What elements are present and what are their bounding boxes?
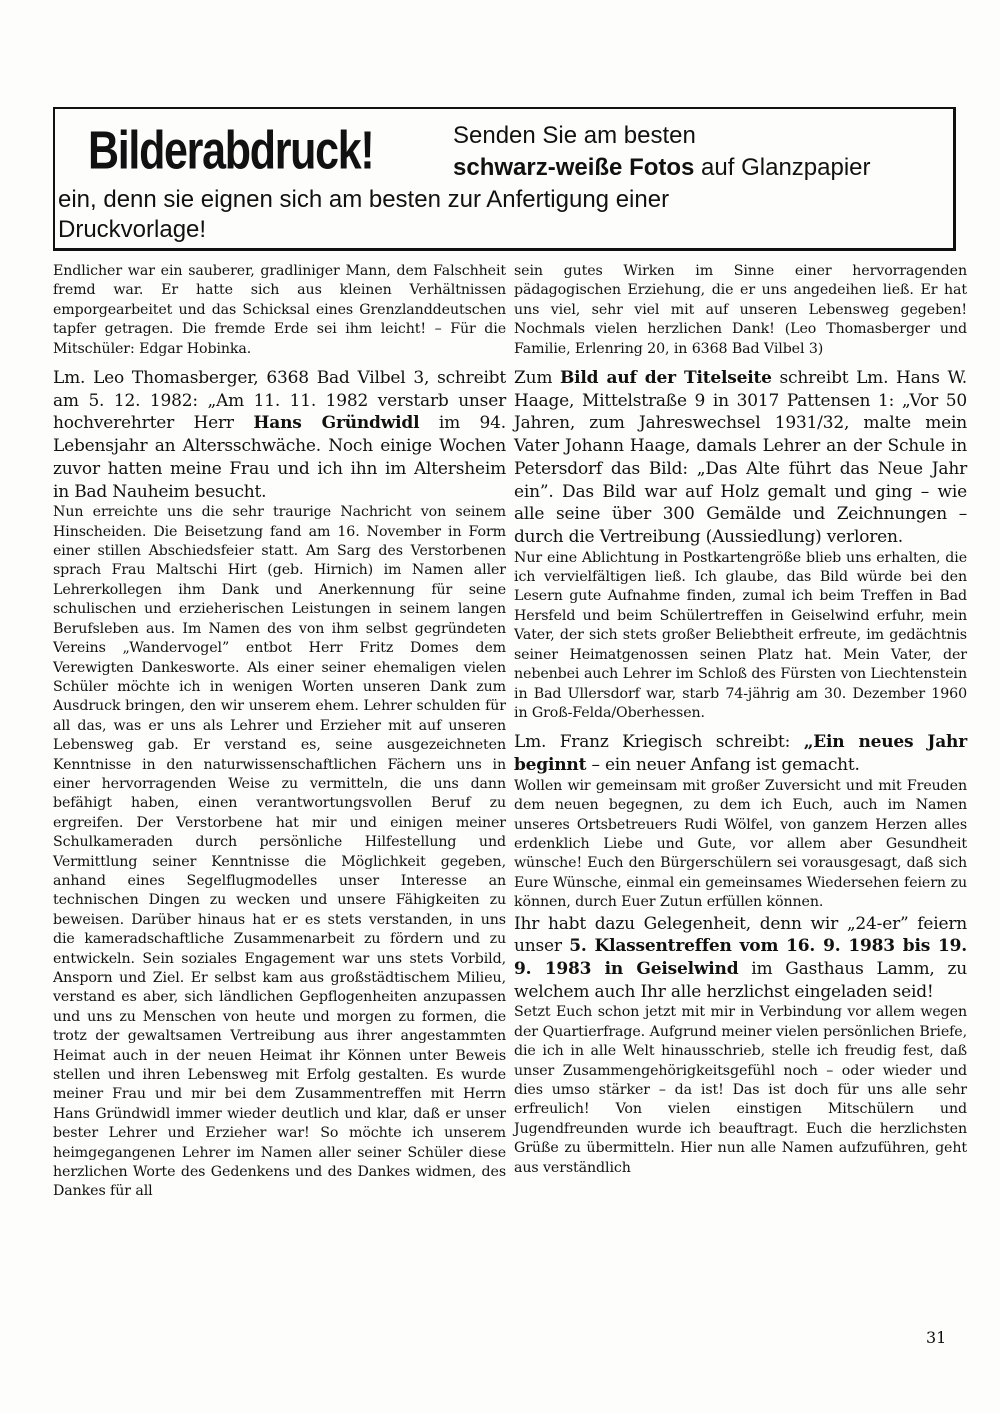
photo-submission-notice: Bilderabdruck! Senden Sie am besten schw… [53,107,956,251]
paragraph: Nun erreichte uns die sehr traurige Nach… [53,503,506,1202]
emphasis: Bild auf der Titelseite [560,368,772,388]
paragraph: Lm. Franz Kriegisch schreibt: „Ein neues… [514,731,967,776]
notice-line: ein, denn sie eignen sich am besten zur … [58,185,669,214]
notice-line: schwarz-weiße Fotos auf Glanzpapier [453,153,871,182]
right-column: sein gutes Wirken im Sinne einer hervorr… [514,262,967,1178]
paragraph: Endlicher war ein sauberer, gradliniger … [53,262,506,359]
text: – ein neuer Anfang ist gemacht. [586,755,860,775]
paragraph: Ihr habt dazu Gelegenheit, denn wir „24-… [514,913,967,1004]
page-number: 31 [926,1328,946,1347]
notice-title: Bilderabdruck! [88,123,373,177]
paragraph: Nur eine Ablichtung in Postkartengröße b… [514,549,967,724]
notice-text: auf Glanzpapier [694,154,870,181]
paragraph: Lm. Leo Thomasberger, 6368 Bad Vilbel 3,… [53,367,506,503]
text: Zum [514,368,560,388]
person-name: Hans Gründwidl [253,413,419,433]
paragraph: Setzt Euch schon jetzt mit mir in Verbin… [514,1003,967,1178]
notice-line: Senden Sie am besten [453,121,696,150]
paragraph: sein gutes Wirken im Sinne einer hervorr… [514,262,967,359]
left-column: Endlicher war ein sauberer, gradliniger … [53,262,506,1202]
notice-line: Druckvorlage! [58,215,206,244]
text: schreibt Lm. Hans W. Haage, Mittelstraße… [514,368,967,547]
text: Lm. Franz Kriegisch schreibt: [514,732,804,752]
notice-emphasis: schwarz-weiße Fotos [453,154,694,181]
paragraph: Wollen wir gemeinsam mit großer Zuversic… [514,777,967,913]
paragraph: Zum Bild auf der Titelseite schreibt Lm.… [514,367,967,549]
